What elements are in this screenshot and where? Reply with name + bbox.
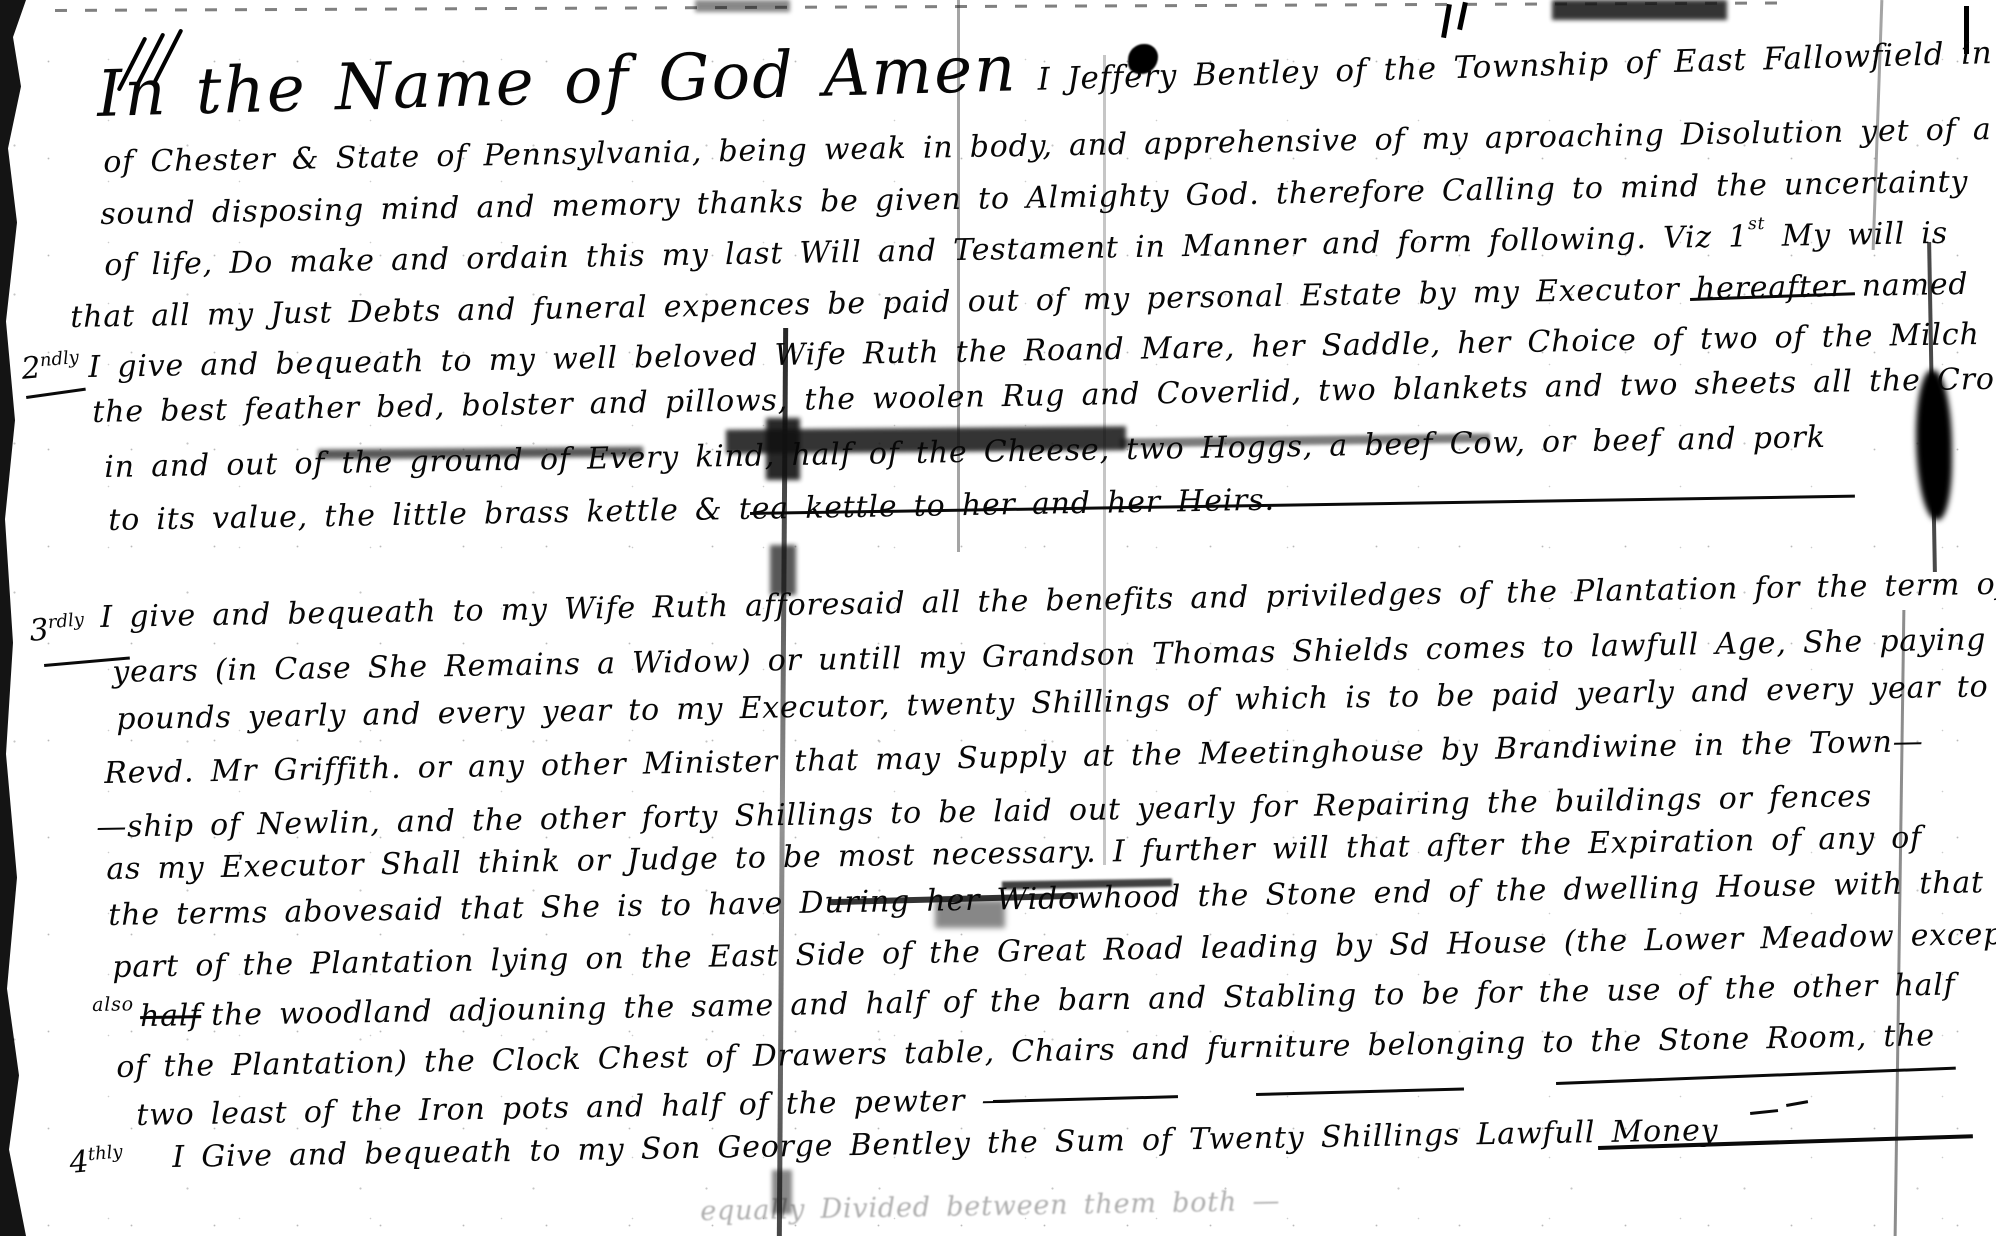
pen-equals-mark-2 (1786, 1100, 1808, 1107)
torn-left-edge (0, 0, 30, 1236)
pen-equals-mark-1 (1750, 1109, 1778, 1115)
margin-label-3rdly: 3rdly (28, 609, 86, 649)
manuscript-line-9: to its value, the little brass kettle & … (108, 483, 1275, 538)
pen-dash-row-2 (1256, 1088, 1464, 1096)
manuscript-line-10: I give and bequeath to my Wife Ruth affo… (100, 565, 1996, 635)
pen-dash-row-1 (993, 1095, 1178, 1103)
manuscript-line-20: two least of the Iron pots and half of t… (136, 1083, 1013, 1133)
line-4-text: of life, Do make and ordain this my last… (104, 219, 1749, 283)
margin-4-sup: thly (87, 1141, 123, 1165)
line-4-tail: My will is (1781, 216, 1948, 254)
margin-label-2ndly: 2ndly (20, 347, 81, 387)
top-edge-crease (55, 1, 1785, 12)
struck-word: half (140, 998, 202, 1034)
margin-2-sup: ndly (39, 347, 80, 371)
line-4-superscript: st (1748, 214, 1766, 234)
margin-label-4thly: 4thly (68, 1141, 125, 1181)
top-mid-ink-smudge (695, 0, 790, 12)
heading-continuation: I Jeffery Bentley of the Township of Eas… (1037, 29, 1996, 97)
inserted-word: also (92, 993, 134, 1016)
heading-line: In the Name of God Amen I Jeffery Bentle… (96, 0, 1996, 132)
manuscript-line-13: Revd. Mr Griffith. or any other Minister… (104, 724, 1924, 791)
manuscript-page: In the Name of God Amen I Jeffery Bentle… (0, 0, 1996, 1236)
heading-script: In the Name of God Amen (96, 32, 1018, 132)
underline-2ndly (26, 388, 86, 399)
margin-3-sup: rdly (47, 609, 85, 633)
